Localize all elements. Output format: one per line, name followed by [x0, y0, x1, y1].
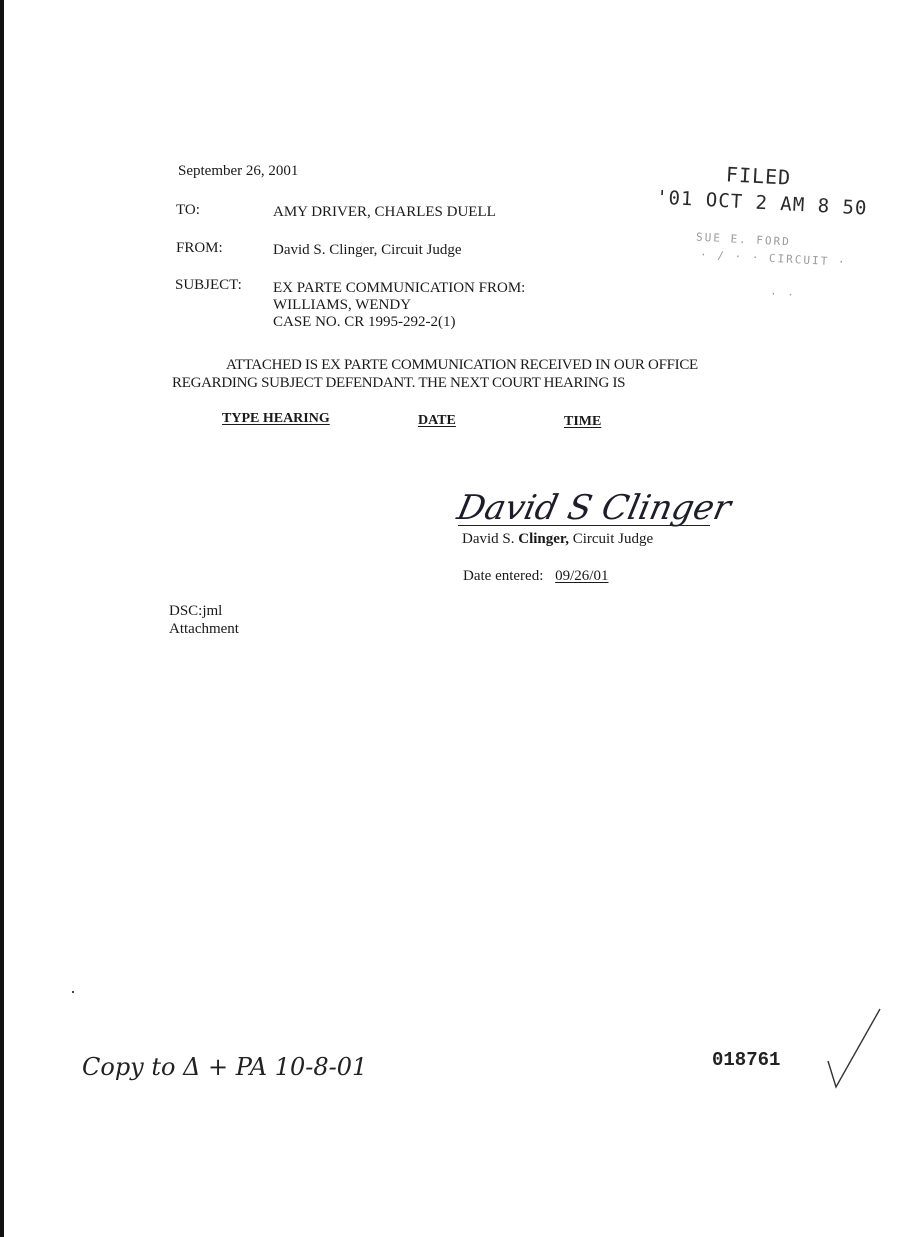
filed-stamp-title: FILED [725, 162, 791, 189]
handwritten-signature: David S Clinger [454, 488, 735, 528]
from-value: David S. Clinger, Circuit Judge [273, 242, 462, 259]
document-number: 018761 [712, 1049, 780, 1071]
subject-line: EX PARTE COMMUNICATION FROM: [273, 280, 525, 297]
date-entered: Date entered: 09/26/01 [463, 568, 608, 585]
subject-block: EX PARTE COMMUNICATION FROM: WILLIAMS, W… [273, 280, 525, 331]
filed-stamp-extra: · · [770, 287, 797, 301]
from-label: FROM: [176, 240, 223, 257]
to-label: TO: [176, 202, 200, 219]
subject-label: SUBJECT: [175, 277, 242, 294]
header-type-hearing: TYPE HEARING [222, 411, 330, 427]
memo-date: September 26, 2001 [178, 163, 298, 180]
handwritten-copy-note: Copy to Δ + PA 10-8-01 [82, 1053, 367, 1081]
body-line-2: REGARDING SUBJECT DEFENDANT. THE NEXT CO… [172, 375, 625, 392]
signature-name: David S. Clinger, Circuit Judge [462, 531, 653, 548]
filed-stamp-court: · / · · CIRCUIT · [700, 248, 847, 269]
scan-speck [72, 991, 74, 993]
subject-line: WILLIAMS, WENDY [273, 297, 525, 314]
header-date: DATE [418, 413, 456, 429]
initials: DSC:jml [169, 603, 222, 620]
subject-line: CASE NO. CR 1995-292-2(1) [273, 314, 525, 331]
attachment-label: Attachment [169, 621, 239, 638]
scan-edge [0, 0, 4, 1237]
header-time: TIME [564, 414, 601, 430]
body-line-1: ATTACHED IS EX PARTE COMMUNICATION RECEI… [226, 357, 698, 374]
filed-stamp-datetime: '01 OCT 2 AM 8 50 [656, 186, 868, 219]
filed-stamp-clerk: SUE E. FORD [696, 231, 791, 249]
signature-line [458, 525, 710, 526]
to-value: AMY DRIVER, CHARLES DUELL [273, 204, 496, 221]
checkmark-icon [822, 1003, 884, 1093]
